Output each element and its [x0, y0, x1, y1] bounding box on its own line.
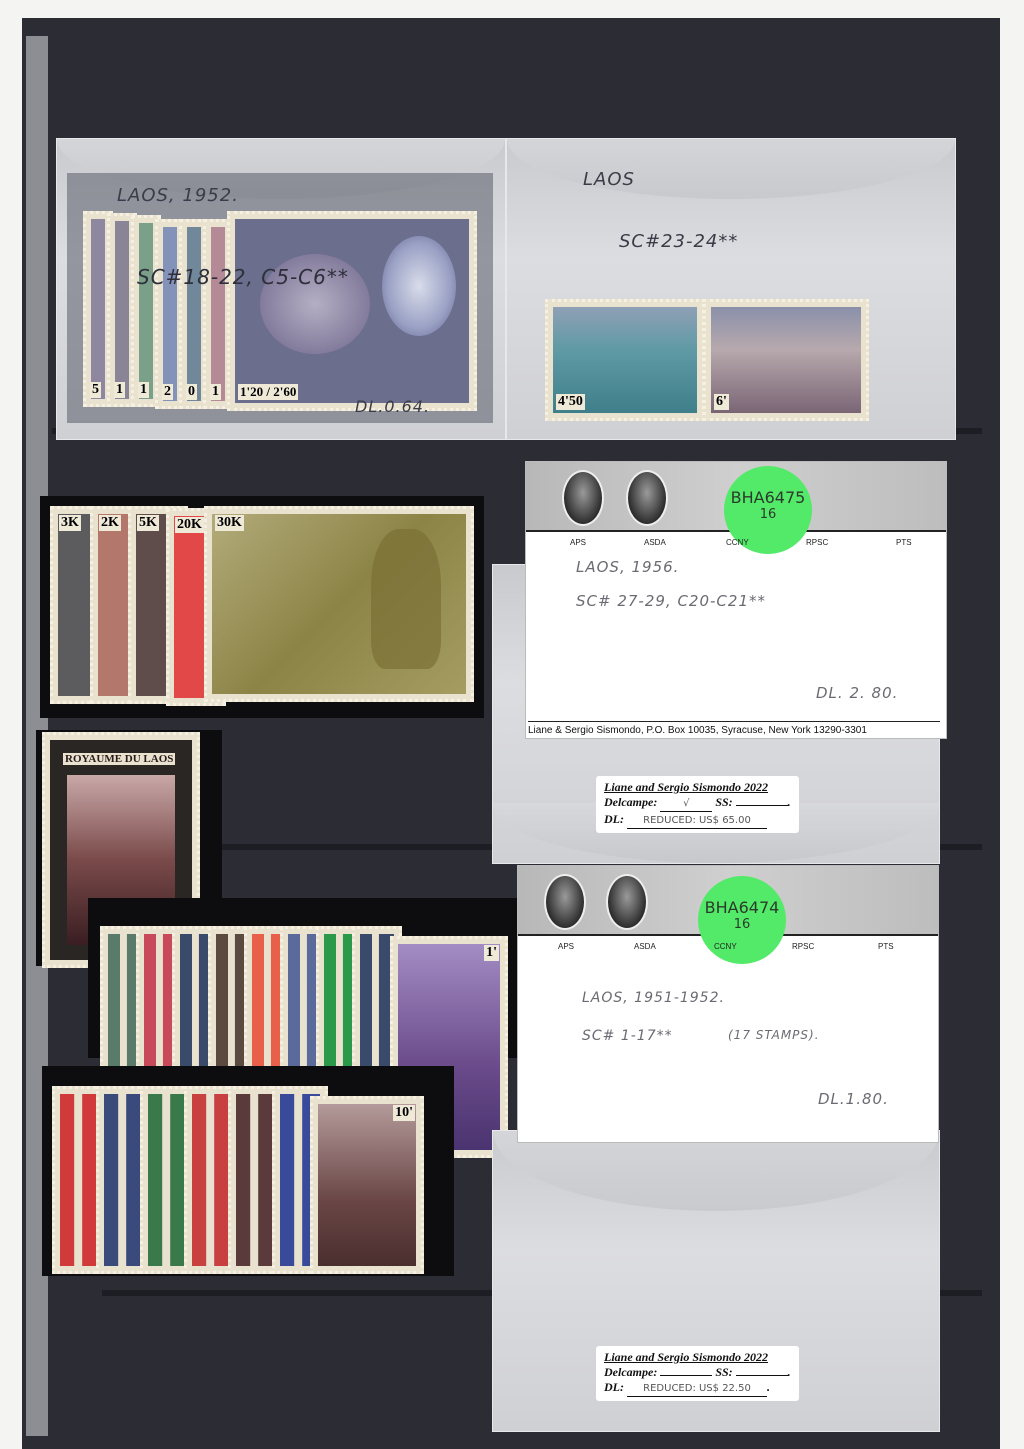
sleeve-2-note-title: LAOS — [583, 169, 635, 190]
stamp-ups-airmail: 1'20 / 2'60 — [227, 211, 477, 411]
sleeve-1-note-price: DL.0.64. — [355, 397, 430, 416]
card-1-footer: Liane & Sergio Sismondo, P.O. Box 10035,… — [528, 721, 940, 736]
stamp-def-row2-last: 10' — [310, 1096, 424, 1274]
portrait-icon — [606, 874, 648, 930]
glassine-sleeve-2[interactable]: LAOS SC#23-24** 4'50 6' — [506, 138, 956, 440]
card-1-line2: SC# 27-29, C20-C21** — [576, 592, 766, 610]
lot-number: 16 — [724, 507, 812, 522]
lot-card-2[interactable]: BHA6474 16 APS ASDA CCNY RPSC PTS LAOS, … — [518, 866, 938, 1142]
card-1-line1: LAOS, 1956. — [576, 558, 679, 576]
sleeve-1-note-catalog: SC#18-22, C5-C6** — [137, 265, 349, 289]
album-page: 5 1 1 2 0 1 1'20 / 2'60 LAOS, 1952. SC#1… — [22, 18, 1000, 1449]
glassine-sleeve-1[interactable]: 5 1 1 2 0 1 1'20 / 2'60 LAOS, 1952. SC#1… — [56, 138, 506, 440]
card-1-price: DL. 2. 80. — [816, 684, 898, 702]
price-label-2: Liane and Sergio Sismondo 2022 Delcampe:… — [596, 1346, 799, 1401]
card-2-line1: LAOS, 1951-1952. — [582, 990, 725, 1006]
price-label-1: Liane and Sergio Sismondo 2022 Delcampe:… — [596, 776, 799, 833]
lot-code: BHA6474 — [698, 898, 786, 917]
portrait-icon — [626, 470, 668, 526]
stamp-laos-pair-2: 6' — [703, 299, 869, 421]
card-2-line2: SC# 1-17** — [582, 1028, 673, 1044]
lot-number: 16 — [698, 917, 786, 932]
lot-sticker: BHA6474 16 — [698, 876, 786, 964]
card-2-line2-note: (17 STAMPS). — [728, 1028, 820, 1042]
stamp-buddha-airmail: 30K — [204, 506, 474, 702]
card-2-price: DL.1.80. — [818, 1090, 889, 1108]
sleeve-2-note-catalog: SC#23-24** — [619, 231, 738, 252]
portrait-icon — [544, 874, 586, 930]
stamp-laos-pair-1: 4'50 — [545, 299, 705, 421]
lot-card-1[interactable]: BHA6475 16 APS ASDA CCNY RPSC PTS LAOS, … — [526, 462, 946, 738]
portrait-icon — [562, 470, 604, 526]
lot-code: BHA6475 — [724, 488, 812, 507]
sleeve-1-note-title: LAOS, 1952. — [117, 185, 239, 206]
